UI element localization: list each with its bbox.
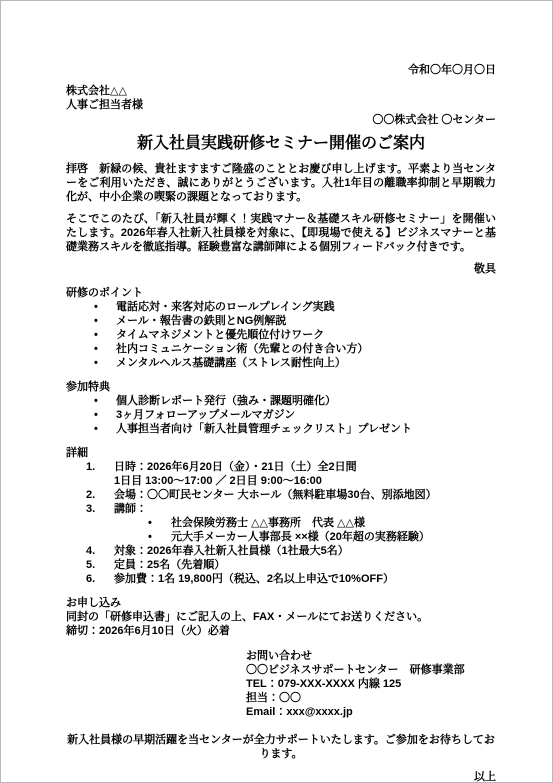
document-date: 令和〇年〇月〇日 (66, 63, 496, 77)
contact-person: 担当：〇〇 (246, 691, 496, 705)
detail-number: 5. (86, 558, 114, 572)
detail-item: 2. 会場：〇〇町民センター 大ホール（無料駐車場30台、別添地図） (66, 488, 496, 502)
list-item: メンタルヘルス基礎講座（ストレス耐性向上） (66, 356, 496, 370)
contact-block: お問い合わせ 〇〇ビジネスサポートセンター 研修事業部 TEL：079-XXX-… (246, 649, 496, 719)
section-heading-benefits: 参加特典 (66, 380, 496, 394)
benefits-list: 個人診断レポート発行（強み・課題明確化） 3ヶ月フォローアップメールマガジン 人… (66, 394, 496, 436)
list-item: 社内コミュニケーション術（先輩との付き合い方） (66, 342, 496, 356)
detail-item: 5. 定員：25名（先着順） (66, 558, 496, 572)
detail-text-line2: 1日目 13:00～17:00 ／ 2日目 9:00～16:00 (114, 474, 496, 488)
recipient-person: 人事ご担当者様 (66, 98, 496, 112)
section-heading-application: お申し込み (66, 596, 496, 610)
detail-number: 2. (86, 488, 114, 502)
lecturers-list: 社会保険労務士 △△事務所 代表 △△様 元大手メーカー人事部長 ××様（20年… (66, 516, 496, 544)
list-item: 人事担当者向け「新入社員管理チェックリスト」プレゼント (66, 422, 496, 436)
detail-number: 1. (86, 460, 114, 474)
closing-message: 新入社員様の早期活躍を当センターが全力サポートいたします。ご参加をお待ちしており… (66, 733, 496, 761)
list-item: 個人診断レポート発行（強み・課題明確化） (66, 394, 496, 408)
detail-item: 1. 日時：2026年6月20日（金）・21日（土）全2日間 1日目 13:00… (66, 460, 496, 488)
application-deadline: 締切：2026年6月10日（火）必着 (66, 624, 496, 638)
recipient-company: 株式会社△△ (66, 84, 496, 98)
list-item: 3ヶ月フォローアップメールマガジン (66, 408, 496, 422)
contact-org: 〇〇ビジネスサポートセンター 研修事業部 (246, 663, 496, 677)
detail-text: 会場：〇〇町民センター 大ホール（無料駐車場30台、別添地図） (114, 488, 496, 502)
list-item: 電話応対・来客対応のロールプレイング実践 (66, 300, 496, 314)
section-heading-details: 詳細 (66, 446, 496, 460)
intro-paragraph: そこでこのたび、「新入社員が輝く！実践マナー＆基礎スキル研修セミナー」を開催いた… (66, 212, 496, 254)
detail-text: 日時：2026年6月20日（金）・21日（土）全2日間 (114, 460, 496, 474)
list-item: タイムマネジメントと優先順位付けワーク (66, 328, 496, 342)
contact-email: Email：xxx@xxxx.jp (246, 705, 496, 719)
contact-heading: お問い合わせ (246, 649, 496, 663)
detail-number: 3. (86, 502, 114, 516)
detail-text: 対象：2026年春入社新入社員様（1社最大5名） (114, 544, 496, 558)
detail-item: 6. 参加費：1名 19,800円（税込、2名以上申込で10%OFF） (66, 572, 496, 586)
section-heading-points: 研修のポイント (66, 286, 496, 300)
greeting-paragraph: 拝啓 新緑の候、貴社ますますご隆盛のこととお慶び申し上げます。平素より当センター… (66, 162, 496, 204)
detail-item: 4. 対象：2026年春入社新入社員様（1社最大5名） (66, 544, 496, 558)
end-word: 以上 (66, 770, 496, 783)
detail-number: 6. (86, 572, 114, 586)
list-item: 社会保険労務士 △△事務所 代表 △△様 (66, 516, 496, 530)
application-instruction: 同封の「研修申込書」にご記入の上、FAX・メールにてお送りください。 (66, 610, 496, 624)
contact-tel: TEL：079-XXX-XXXX 内線 125 (246, 677, 496, 691)
points-list: 電話応対・来客対応のロールプレイング実践 メール・報告書の鉄則とNG例解説 タイ… (66, 300, 496, 370)
list-item: 元大手メーカー人事部長 ××様（20年超の実務経験） (66, 530, 496, 544)
list-item: メール・報告書の鉄則とNG例解説 (66, 314, 496, 328)
document-page: 令和〇年〇月〇日 株式会社△△ 人事ご担当者様 〇〇株式会社 〇センター 新入社… (0, 0, 553, 783)
detail-item: 3. 講師： (66, 502, 496, 516)
detail-text: 講師： (114, 502, 496, 516)
detail-text: 定員：25名（先着順） (114, 558, 496, 572)
detail-number: 4. (86, 544, 114, 558)
closing-word: 敬具 (66, 262, 496, 276)
details-list: 1. 日時：2026年6月20日（金）・21日（土）全2日間 1日目 13:00… (66, 460, 496, 586)
document-title: 新入社員実践研修セミナー開催のご案内 (66, 134, 496, 154)
detail-text: 参加費：1名 19,800円（税込、2名以上申込で10%OFF） (114, 572, 496, 586)
sender-name: 〇〇株式会社 〇センター (66, 113, 496, 127)
